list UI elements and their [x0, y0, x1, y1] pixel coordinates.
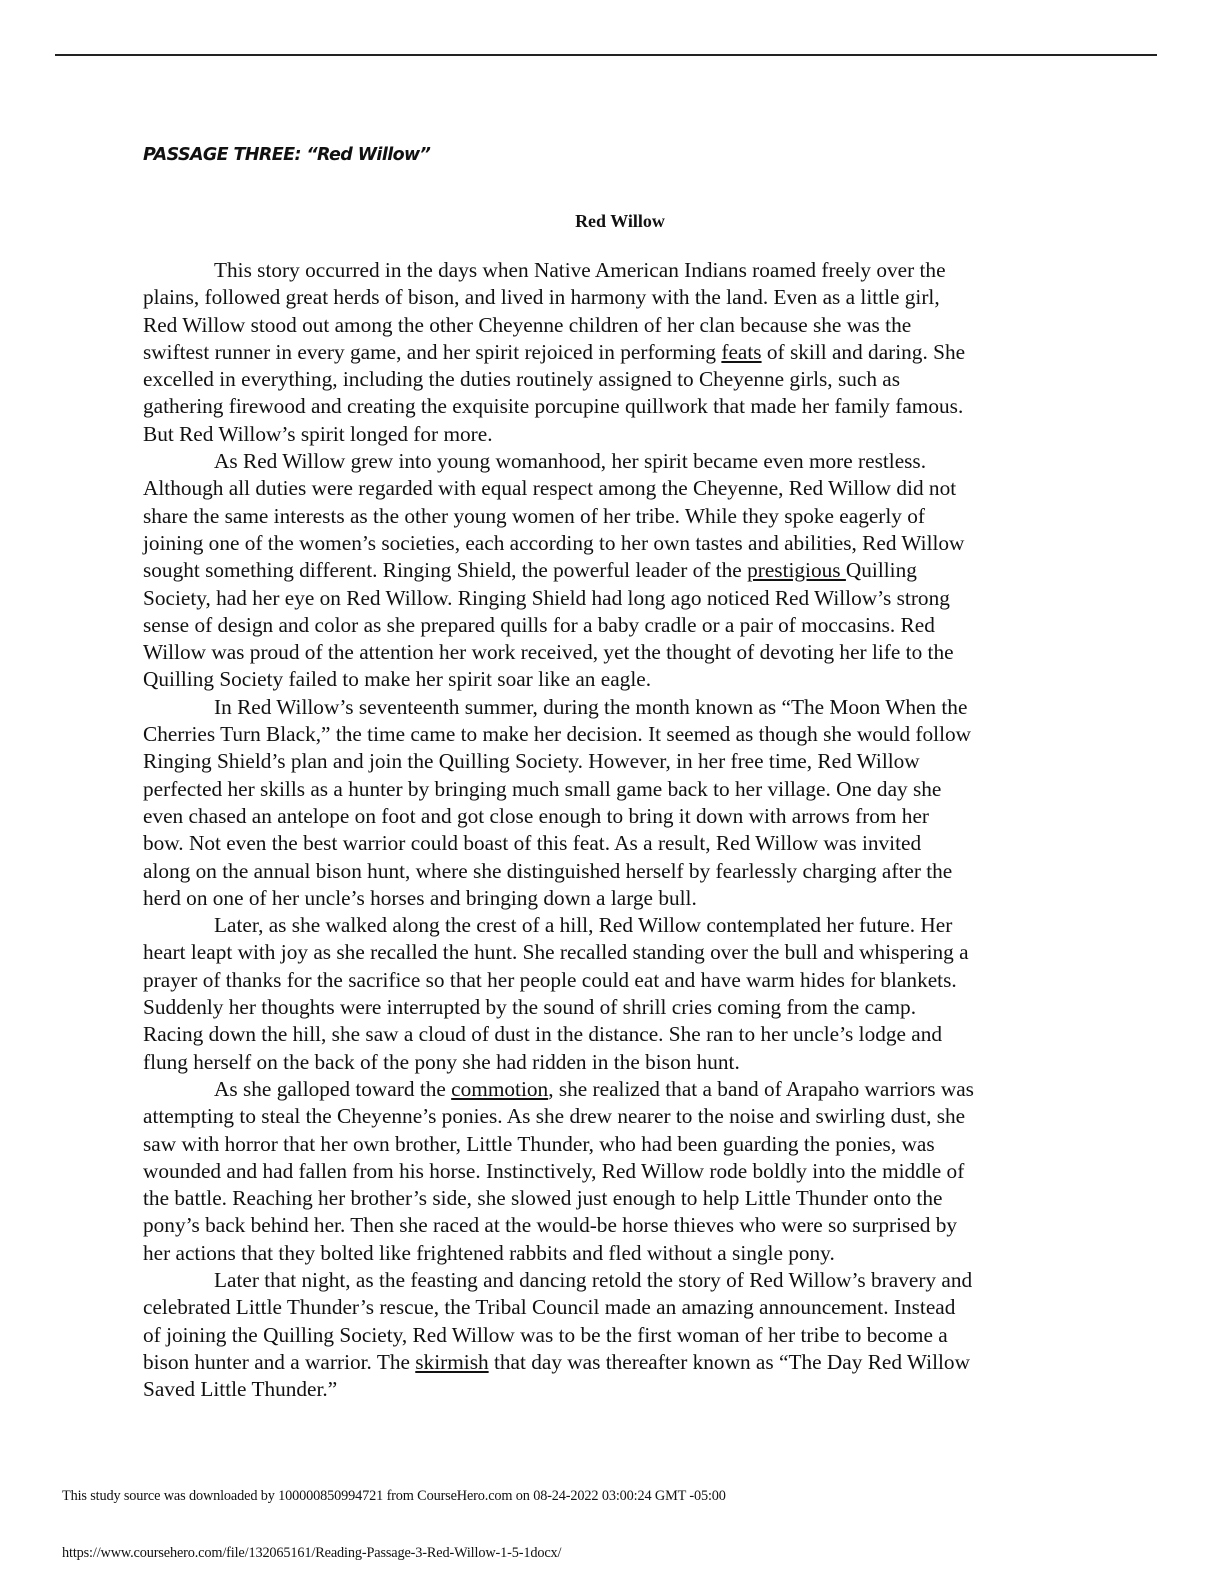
- text-line: wounded and had fallen from his horse. I…: [143, 1158, 1083, 1185]
- text-line: Cherries Turn Black,” the time came to m…: [143, 721, 1083, 748]
- text-segment: share the same interests as the other yo…: [143, 504, 925, 528]
- text-line: celebrated Little Thunder’s rescue, the …: [143, 1294, 1083, 1321]
- text-segment: , she realized that a band of Arapaho wa…: [548, 1077, 974, 1101]
- text-line: sought something different. Ringing Shie…: [143, 557, 1083, 584]
- text-line: bison hunter and a warrior. The skirmish…: [143, 1349, 1083, 1376]
- text-segment: gathering firewood and creating the exqu…: [143, 394, 963, 418]
- text-line: Red Willow stood out among the other Che…: [143, 312, 1083, 339]
- story-paragraph: In Red Willow’s seventeenth summer, duri…: [143, 694, 1083, 912]
- text-segment: celebrated Little Thunder’s rescue, the …: [143, 1295, 955, 1319]
- text-segment: Society, had her eye on Red Willow. Ring…: [143, 586, 950, 610]
- text-line: Willow was proud of the attention her wo…: [143, 639, 1083, 666]
- text-line: along on the annual bison hunt, where sh…: [143, 858, 1083, 885]
- text-line: Saved Little Thunder.”: [143, 1376, 1083, 1403]
- vocabulary-word: skirmish: [415, 1350, 488, 1374]
- text-segment: Red Willow stood out among the other Che…: [143, 313, 911, 337]
- text-segment: Later that night, as the feasting and da…: [214, 1268, 972, 1292]
- vocabulary-word: feats: [721, 340, 761, 364]
- text-segment: that day was thereafter known as “The Da…: [489, 1350, 970, 1374]
- text-segment: even chased an antelope on foot and got …: [143, 804, 929, 828]
- text-segment: Saved Little Thunder.”: [143, 1377, 337, 1401]
- text-line: Suddenly her thoughts were interrupted b…: [143, 994, 1083, 1021]
- text-line: gathering firewood and creating the exqu…: [143, 393, 1083, 420]
- text-line: share the same interests as the other yo…: [143, 503, 1083, 530]
- text-line: even chased an antelope on foot and got …: [143, 803, 1083, 830]
- story-paragraph: This story occurred in the days when Nat…: [143, 257, 1083, 448]
- text-line: Ringing Shield’s plan and join the Quill…: [143, 748, 1083, 775]
- text-line: Society, had her eye on Red Willow. Ring…: [143, 585, 1083, 612]
- passage-label: PASSAGE THREE: “Red Willow”: [143, 145, 430, 165]
- text-segment: Quilling: [846, 558, 917, 582]
- text-line: bow. Not even the best warrior could boa…: [143, 830, 1083, 857]
- text-line: of joining the Quilling Society, Red Wil…: [143, 1322, 1083, 1349]
- text-segment: swiftest runner in every game, and her s…: [143, 340, 721, 364]
- text-segment: herd on one of her uncle’s horses and br…: [143, 886, 697, 910]
- text-line: sense of design and color as she prepare…: [143, 612, 1083, 639]
- vocabulary-word: commotion: [451, 1077, 548, 1101]
- story-paragraph: As she galloped toward the commotion, sh…: [143, 1076, 1083, 1267]
- text-segment: pony’s back behind her. Then she raced a…: [143, 1213, 957, 1237]
- text-line: saw with horror that her own brother, Li…: [143, 1131, 1083, 1158]
- text-segment: attempting to steal the Cheyenne’s ponie…: [143, 1104, 965, 1128]
- text-line: flung herself on the back of the pony sh…: [143, 1049, 1083, 1076]
- text-segment: But Red Willow’s spirit longed for more.: [143, 422, 493, 446]
- text-line: As Red Willow grew into young womanhood,…: [143, 448, 1083, 475]
- text-segment: As she galloped toward the: [214, 1077, 451, 1101]
- text-segment: saw with horror that her own brother, Li…: [143, 1132, 935, 1156]
- text-segment: heart leapt with joy as she recalled the…: [143, 940, 969, 964]
- text-segment: sought something different. Ringing Shie…: [143, 558, 747, 582]
- text-segment: her actions that they bolted like fright…: [143, 1241, 835, 1265]
- text-line: swiftest runner in every game, and her s…: [143, 339, 1083, 366]
- header-rule: [55, 54, 1157, 56]
- text-line: joining one of the women’s societies, ea…: [143, 530, 1083, 557]
- text-segment: As Red Willow grew into young womanhood,…: [214, 449, 926, 473]
- text-line: But Red Willow’s spirit longed for more.: [143, 421, 1083, 448]
- text-segment: Quilling Society failed to make her spir…: [143, 667, 651, 691]
- text-segment: In Red Willow’s seventeenth summer, duri…: [214, 695, 967, 719]
- text-line: Later that night, as the feasting and da…: [143, 1267, 1083, 1294]
- text-line: In Red Willow’s seventeenth summer, duri…: [143, 694, 1083, 721]
- source-url-link[interactable]: https://www.coursehero.com/file/13206516…: [62, 1545, 561, 1562]
- text-line: As she galloped toward the commotion, sh…: [143, 1076, 1083, 1103]
- text-segment: perfected her skills as a hunter by brin…: [143, 777, 941, 801]
- text-line: Quilling Society failed to make her spir…: [143, 666, 1083, 693]
- story-title: Red Willow: [0, 211, 1224, 232]
- text-segment: Later, as she walked along the crest of …: [214, 913, 952, 937]
- story-body: This story occurred in the days when Nat…: [143, 257, 1083, 1403]
- text-line: pony’s back behind her. Then she raced a…: [143, 1212, 1083, 1239]
- story-paragraph: Later that night, as the feasting and da…: [143, 1267, 1083, 1403]
- text-segment: Racing down the hill, she saw a cloud of…: [143, 1022, 942, 1046]
- text-segment: Ringing Shield’s plan and join the Quill…: [143, 749, 920, 773]
- text-segment: flung herself on the back of the pony sh…: [143, 1050, 740, 1074]
- text-line: Racing down the hill, she saw a cloud of…: [143, 1021, 1083, 1048]
- story-paragraph: As Red Willow grew into young womanhood,…: [143, 448, 1083, 694]
- text-line: the battle. Reaching her brother’s side,…: [143, 1185, 1083, 1212]
- text-segment: joining one of the women’s societies, ea…: [143, 531, 964, 555]
- vocabulary-word: prestigious: [747, 558, 846, 582]
- story-paragraph: Later, as she walked along the crest of …: [143, 912, 1083, 1076]
- text-segment: Cherries Turn Black,” the time came to m…: [143, 722, 971, 746]
- text-segment: along on the annual bison hunt, where sh…: [143, 859, 952, 883]
- text-segment: of joining the Quilling Society, Red Wil…: [143, 1323, 948, 1347]
- text-segment: prayer of thanks for the sacrifice so th…: [143, 968, 957, 992]
- download-notice: This study source was downloaded by 1000…: [62, 1488, 726, 1505]
- text-line: Later, as she walked along the crest of …: [143, 912, 1083, 939]
- text-segment: bow. Not even the best warrior could boa…: [143, 831, 921, 855]
- text-segment: excelled in everything, including the du…: [143, 367, 900, 391]
- text-segment: of skill and daring. She: [762, 340, 965, 364]
- text-segment: Suddenly her thoughts were interrupted b…: [143, 995, 916, 1019]
- text-line: plains, followed great herds of bison, a…: [143, 284, 1083, 311]
- text-line: attempting to steal the Cheyenne’s ponie…: [143, 1103, 1083, 1130]
- text-line: excelled in everything, including the du…: [143, 366, 1083, 393]
- text-segment: plains, followed great herds of bison, a…: [143, 285, 940, 309]
- text-line: This story occurred in the days when Nat…: [143, 257, 1083, 284]
- text-segment: the battle. Reaching her brother’s side,…: [143, 1186, 942, 1210]
- text-line: prayer of thanks for the sacrifice so th…: [143, 967, 1083, 994]
- text-segment: bison hunter and a warrior. The: [143, 1350, 415, 1374]
- text-segment: sense of design and color as she prepare…: [143, 613, 935, 637]
- text-line: heart leapt with joy as she recalled the…: [143, 939, 1083, 966]
- text-line: perfected her skills as a hunter by brin…: [143, 776, 1083, 803]
- text-segment: wounded and had fallen from his horse. I…: [143, 1159, 964, 1183]
- text-segment: Willow was proud of the attention her wo…: [143, 640, 954, 664]
- text-line: her actions that they bolted like fright…: [143, 1240, 1083, 1267]
- text-line: Although all duties were regarded with e…: [143, 475, 1083, 502]
- text-segment: This story occurred in the days when Nat…: [214, 258, 946, 282]
- text-segment: Although all duties were regarded with e…: [143, 476, 956, 500]
- text-line: herd on one of her uncle’s horses and br…: [143, 885, 1083, 912]
